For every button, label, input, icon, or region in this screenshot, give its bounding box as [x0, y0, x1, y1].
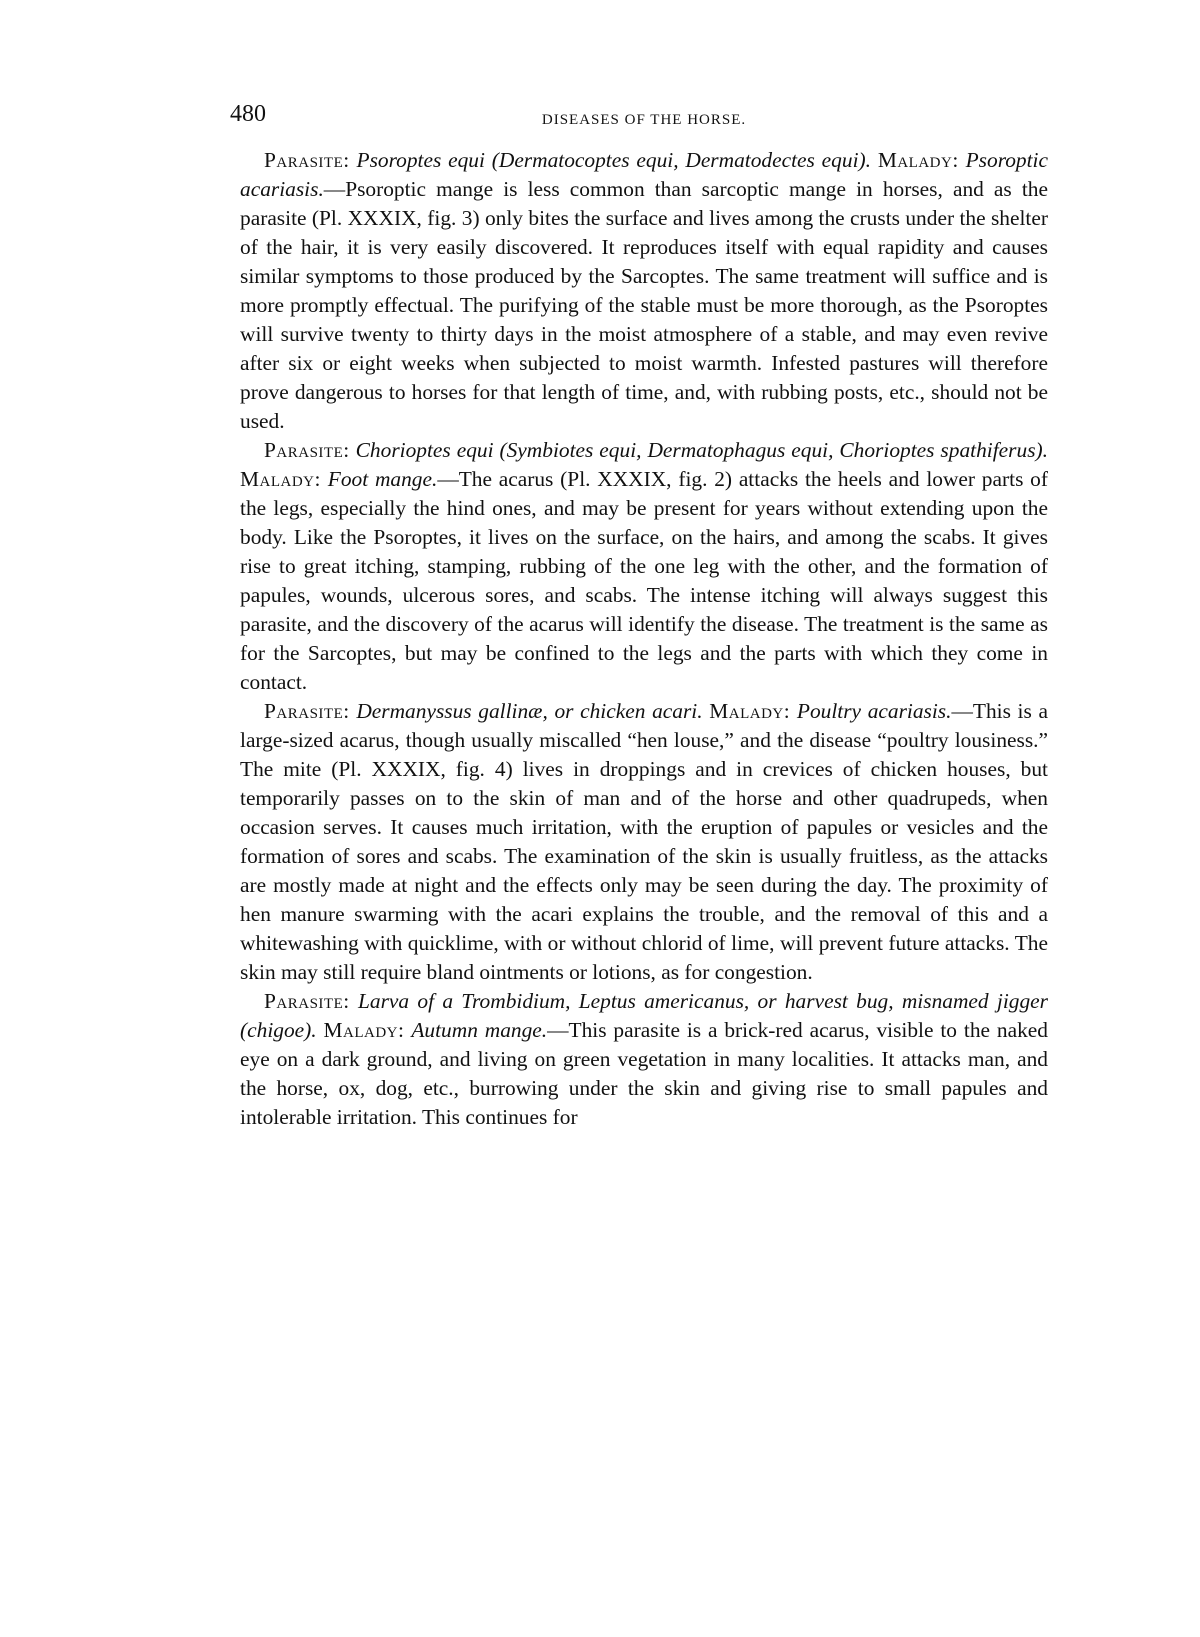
malady-label: Malady:: [324, 1018, 405, 1042]
paragraph-dermanyssus: Parasite: Dermanyssus gallinæ, or chicke…: [240, 697, 1048, 987]
paragraph-chorioptes: Parasite: Chorioptes equi (Symbiotes equ…: [240, 436, 1048, 697]
parasite-label: Parasite:: [264, 989, 350, 1013]
running-title: DISEASES OF THE HORSE.: [240, 106, 1048, 135]
malady-label: Malady:: [240, 467, 321, 491]
parasite-name: Dermanyssus gallinæ, or chicken acari.: [356, 699, 702, 723]
parasite-label: Parasite:: [264, 438, 350, 462]
parasite-label: Parasite:: [264, 699, 350, 723]
paragraph-body: —The acarus (Pl. XXXIX, fig. 2) attacks …: [240, 467, 1048, 694]
parasite-name: Chorioptes equi (Symbiotes equi, Dermato…: [356, 438, 1048, 462]
malady-name: Poultry acariasis.: [797, 699, 952, 723]
paragraph-trombidium: Parasite: Larva of a Trombidium, Leptus …: [240, 987, 1048, 1132]
malady-label: Malady:: [709, 699, 790, 723]
malady-name: Foot mange.: [328, 467, 438, 491]
paragraph-body: —This is a large-sized acarus, though us…: [240, 699, 1048, 984]
malady-name: Autumn mange.: [411, 1018, 547, 1042]
book-page: 480 DISEASES OF THE HORSE. Parasite: Pso…: [240, 100, 1048, 1132]
page-header: 480 DISEASES OF THE HORSE.: [240, 100, 1048, 134]
parasite-label: Parasite:: [264, 148, 350, 172]
paragraph-body: —Psoroptic mange is less common than sar…: [240, 177, 1048, 433]
malady-label: Malady:: [878, 148, 959, 172]
parasite-name: Psoroptes equi (Dermatocoptes equi, Derm…: [357, 148, 871, 172]
paragraph-psoroptes: Parasite: Psoroptes equi (Dermatocoptes …: [240, 146, 1048, 436]
